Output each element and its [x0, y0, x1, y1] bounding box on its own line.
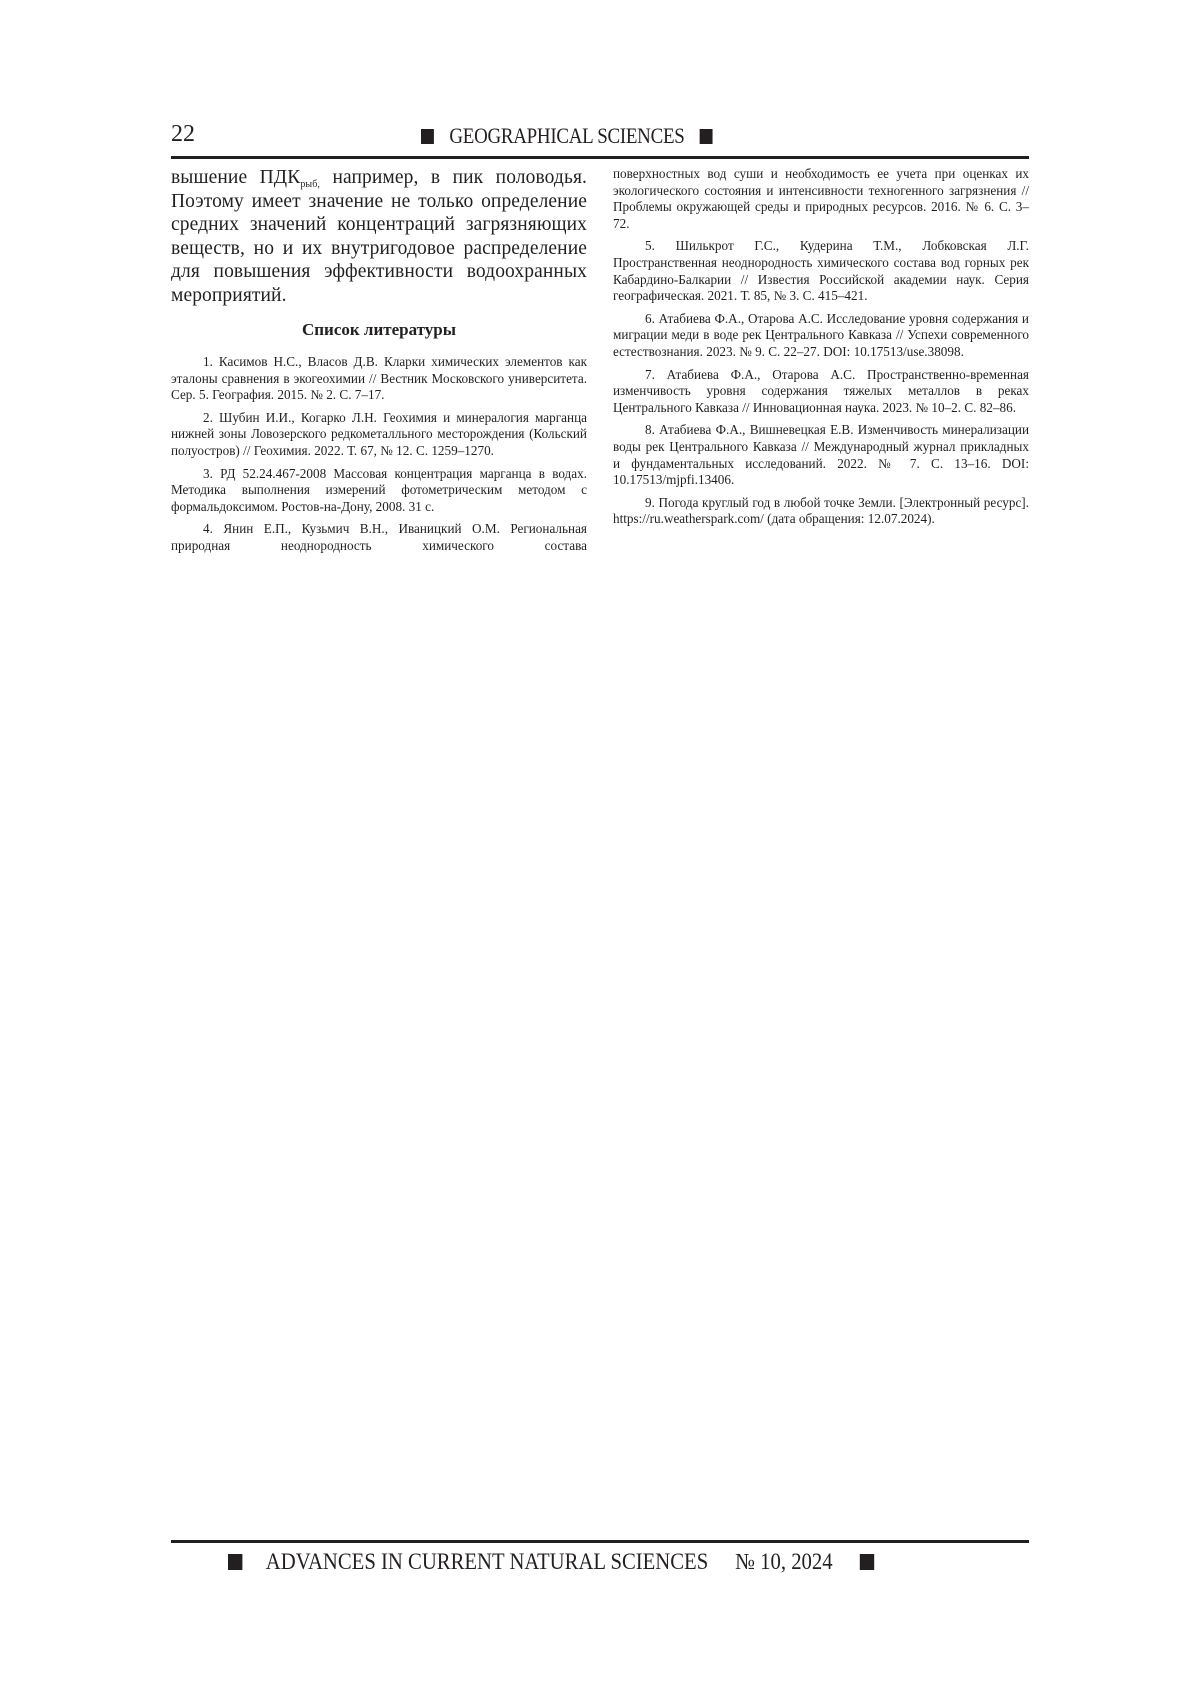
issue-number: № 10, 2024: [735, 1547, 832, 1577]
black-square-icon: [421, 129, 434, 144]
reference-item: 2. Шубин И.И., Когарко Л.Н. Геохимия и м…: [171, 410, 587, 460]
page-header: 22 GEOGRAPHICAL SCIENCES: [171, 118, 1029, 158]
subscript-fish: рыб,: [300, 179, 320, 190]
black-square-icon: [860, 1554, 874, 1570]
black-square-icon: [228, 1554, 242, 1570]
reference-item: 1. Касимов Н.С., Власов Д.В. Кларки хими…: [171, 354, 587, 404]
reference-item: 5. Шилькрот Г.С., Кудерина Т.М., Лобковс…: [613, 238, 1029, 304]
journal-title: ADVANCES IN CURRENT NATURAL SCIENCES: [266, 1547, 708, 1577]
running-head: GEOGRAPHICAL SCIENCES: [421, 122, 713, 150]
black-square-icon: [700, 129, 713, 144]
references-heading: Список литературы: [171, 319, 587, 341]
reference-item-continued: поверхностных вод суши и необходимость е…: [613, 166, 1029, 232]
reference-item: 3. РД 52.24.467-2008 Массовая концентрац…: [171, 466, 587, 516]
reference-item[interactable]: 9. Погода круглый год в любой точке Земл…: [613, 495, 1029, 528]
footer-divider: [171, 1540, 1029, 1543]
reference-item: 7. Атабиева Ф.А., Отарова А.С. Пространс…: [613, 367, 1029, 417]
reference-item: 6. Атабиева Ф.А., Отарова А.С. Исследова…: [613, 311, 1029, 361]
reference-item: 4. Янин Е.П., Кузьмич В.Н., Иваницкий О.…: [171, 521, 587, 554]
paragraph-text-start: вышение ПДК: [171, 167, 300, 188]
right-column: поверхностных вод суши и необходимость е…: [613, 166, 1029, 534]
reference-item: 8. Атабиева Ф.А., Вишневецкая Е.В. Измен…: [613, 422, 1029, 488]
body-paragraph: вышение ПДКрыб, например, в пик половодь…: [171, 166, 587, 307]
page-footer: ADVANCES IN CURRENT NATURAL SCIENCES № 1…: [228, 1547, 874, 1577]
header-divider: [171, 156, 1029, 159]
section-title: GEOGRAPHICAL SCIENCES: [449, 122, 684, 150]
left-column: вышение ПДКрыб, например, в пик половодь…: [171, 166, 587, 555]
page-number: 22: [171, 120, 195, 148]
